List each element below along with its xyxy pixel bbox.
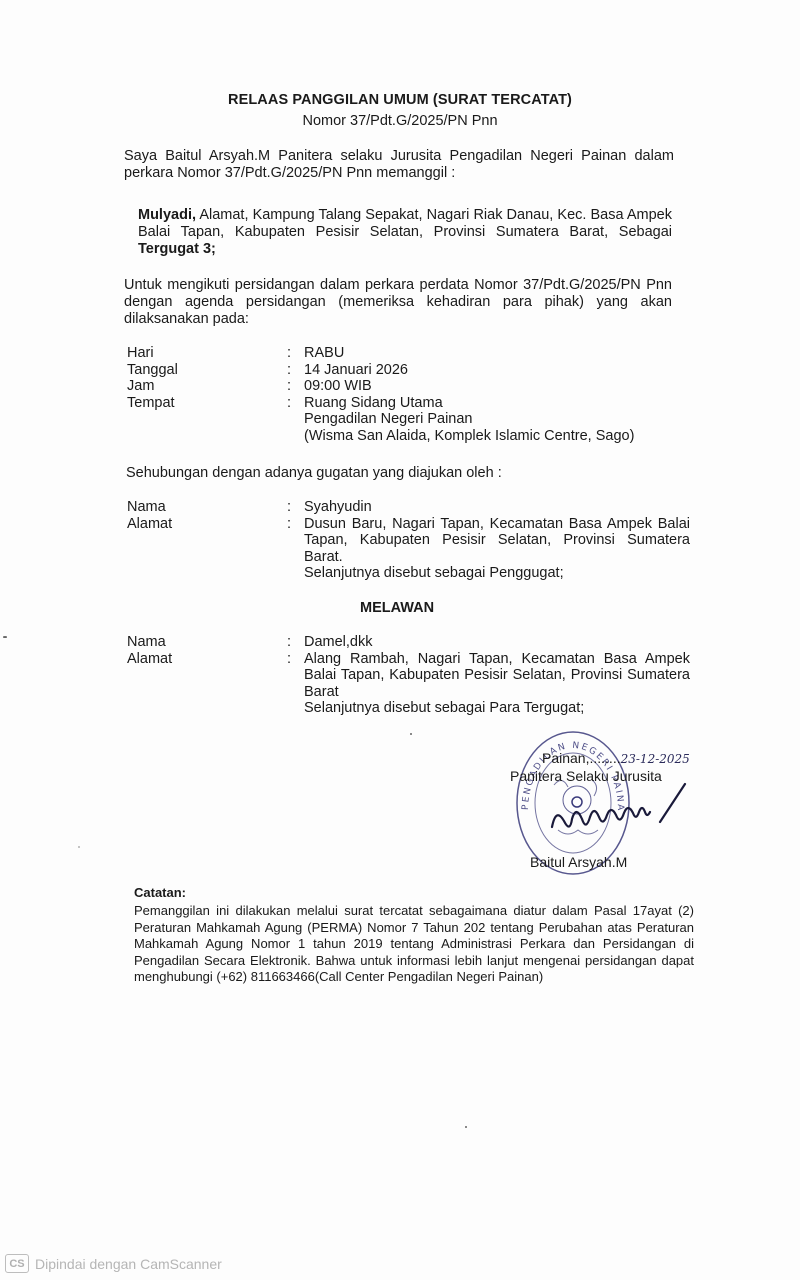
- colon: :: [287, 345, 304, 362]
- label: Tanggal: [127, 362, 287, 379]
- defendant-name-row: Nama : Damel,dkk: [127, 634, 690, 651]
- plaintiff-name: Syahyudin: [304, 499, 690, 516]
- defendant-name: Damel,dkk: [304, 634, 690, 651]
- place-line-3: (Wisma San Alaida, Komplek Islamic Centr…: [304, 428, 690, 445]
- summoned-address: Alamat, Kampung Talang Sepakat, Nagari R…: [138, 207, 672, 240]
- colon: :: [287, 395, 304, 445]
- colon: :: [287, 378, 304, 395]
- place: Painan,: [542, 750, 589, 766]
- case-number: Nomor 37/Pdt.G/2025/PN Pnn: [0, 113, 800, 129]
- dots: ........: [589, 750, 620, 766]
- watermark-text: Dipindai dengan CamScanner: [35, 1256, 222, 1272]
- schedule-row-day: Hari : RABU: [127, 345, 690, 362]
- document-page: RELAAS PANGGILAN UMUM (SURAT TERCATAT) N…: [0, 0, 800, 1280]
- camscanner-logo-icon: CS: [5, 1254, 29, 1273]
- scanner-watermark: CS Dipindai dengan CamScanner: [5, 1254, 222, 1273]
- value: 09:00 WIB: [304, 378, 690, 395]
- colon: :: [287, 634, 304, 651]
- notes-label: Catatan:: [134, 885, 186, 900]
- place-line-1: Ruang Sidang Utama: [304, 395, 690, 412]
- plaintiff-address-row: Alamat : Dusun Baru, Nagari Tapan, Kecam…: [127, 516, 690, 582]
- versus-heading: MELAWAN: [360, 600, 434, 616]
- colon: :: [287, 651, 304, 717]
- document-title: RELAAS PANGGILAN UMUM (SURAT TERCATAT): [0, 92, 800, 108]
- value: RABU: [304, 345, 690, 362]
- colon: :: [287, 499, 304, 516]
- summoned-role: Tergugat 3;: [138, 241, 216, 257]
- label: Tempat: [127, 395, 287, 445]
- colon: :: [287, 516, 304, 582]
- handwritten-signature-icon: [540, 782, 690, 842]
- scan-speck: [410, 733, 412, 735]
- scan-speck: [78, 846, 80, 848]
- defendant-designation: Selanjutnya disebut sebagai Para Terguga…: [304, 700, 690, 717]
- label: Alamat: [127, 651, 287, 717]
- defendant-address: Alang Rambah, Nagari Tapan, Kecamatan Ba…: [304, 651, 690, 701]
- purpose-paragraph: Untuk mengikuti persidangan dalam perkar…: [124, 277, 672, 328]
- value: Alang Rambah, Nagari Tapan, Kecamatan Ba…: [304, 651, 690, 717]
- scan-speck: [465, 1126, 467, 1128]
- label: Hari: [127, 345, 287, 362]
- schedule-row-time: Jam : 09:00 WIB: [127, 378, 690, 395]
- plaintiff-name-row: Nama : Syahyudin: [127, 499, 690, 516]
- notes-text: Pemanggilan ini dilakukan melalui surat …: [134, 903, 694, 986]
- summoned-name: Mulyadi,: [138, 207, 196, 223]
- defendant-address-row: Alamat : Alang Rambah, Nagari Tapan, Kec…: [127, 651, 690, 717]
- defendant-table: Nama : Damel,dkk Alamat : Alang Rambah, …: [127, 634, 690, 717]
- plaintiff-designation: Selanjutnya disebut sebagai Penggugat;: [304, 565, 690, 582]
- schedule-row-date: Tanggal : 14 Januari 2026: [127, 362, 690, 379]
- label: Alamat: [127, 516, 287, 582]
- summoned-party: Mulyadi, Alamat, Kampung Talang Sepakat,…: [138, 207, 672, 258]
- schedule-table: Hari : RABU Tanggal : 14 Januari 2026 Ja…: [127, 345, 690, 444]
- schedule-row-place: Tempat : Ruang Sidang Utama Pengadilan N…: [127, 395, 690, 445]
- signature-place-date: Painan,........23-12-2025: [542, 750, 690, 766]
- opening-paragraph: Saya Baitul Arsyah.M Panitera selaku Jur…: [124, 148, 674, 182]
- label: Jam: [127, 378, 287, 395]
- signature-block: PENGADILAN NEGERI PAINAN Painan,........…: [510, 730, 690, 880]
- handwritten-date: 23-12-2025: [621, 752, 690, 766]
- value: 14 Januari 2026: [304, 362, 690, 379]
- value: Ruang Sidang Utama Pengadilan Negeri Pai…: [304, 395, 690, 445]
- plaintiff-address: Dusun Baru, Nagari Tapan, Kecamatan Basa…: [304, 516, 690, 566]
- place-line-2: Pengadilan Negeri Painan: [304, 411, 690, 428]
- scan-speck: [3, 636, 7, 638]
- plaintiff-intro: Sehubungan dengan adanya gugatan yang di…: [126, 465, 502, 481]
- plaintiff-table: Nama : Syahyudin Alamat : Dusun Baru, Na…: [127, 499, 690, 582]
- value: Dusun Baru, Nagari Tapan, Kecamatan Basa…: [304, 516, 690, 582]
- colon: :: [287, 362, 304, 379]
- label: Nama: [127, 499, 287, 516]
- signatory-name: Baitul Arsyah.M: [530, 854, 627, 870]
- label: Nama: [127, 634, 287, 651]
